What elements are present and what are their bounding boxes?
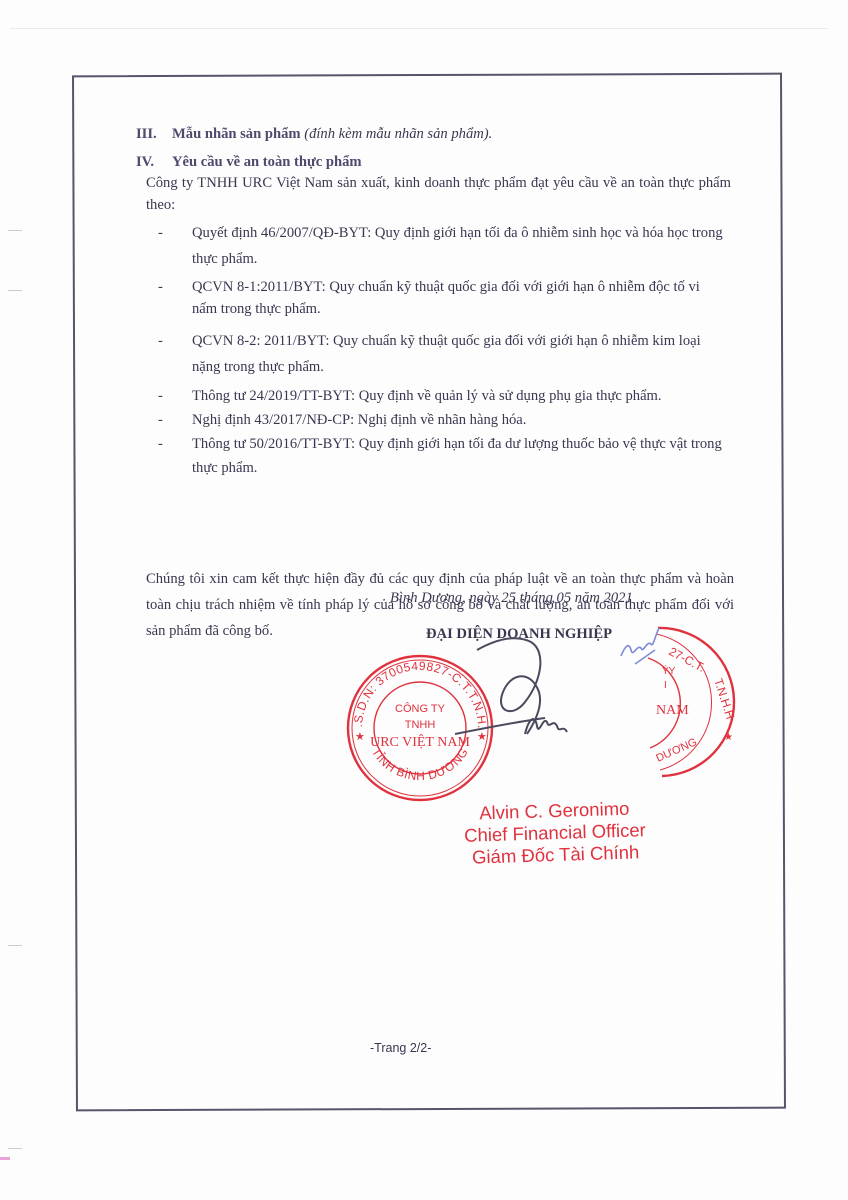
- stamp-line1: CÔNG TY: [395, 702, 446, 715]
- section-title: Yêu cầu về an toàn thực phẩm: [172, 154, 362, 170]
- regulation-text: Quyết định 46/2007/QĐ-BYT: Quy định giới…: [192, 225, 723, 267]
- regulation-text: QCVN 8-2: 2011/BYT: Quy chuẩn kỹ thuật q…: [192, 333, 701, 375]
- scan-edge-mark: [8, 230, 22, 231]
- place-date: Bình Dương, ngày 25 tháng 05 năm 2021: [390, 590, 633, 607]
- scan-edge-mark: [8, 290, 22, 291]
- regulation-item: - QCVN 8-2: 2011/BYT: Quy chuẩn kỹ thuật…: [158, 328, 728, 380]
- bullet-dash: -: [158, 432, 163, 456]
- scan-edge-mark: [0, 1157, 10, 1160]
- section-title: Mẫu nhãn sản phẩm: [172, 126, 301, 142]
- regulation-item: - Quyết định 46/2007/QĐ-BYT: Quy định gi…: [158, 220, 728, 272]
- section-note: (đính kèm mẫu nhãn sản phẩm).: [304, 126, 492, 142]
- stamp-line2: TNHH: [405, 719, 436, 731]
- regulation-item: - Thông tư 24/2019/TT-BYT: Quy định về q…: [158, 384, 728, 408]
- stamp-star-icon: ★: [355, 731, 365, 743]
- initials-mark: [615, 620, 665, 670]
- scan-edge-mark: [8, 1148, 22, 1149]
- svg-text:★: ★: [724, 732, 733, 743]
- signer-block: Alvin C. Geronimo Chief Financial Office…: [439, 796, 671, 869]
- bullet-dash: -: [158, 328, 163, 354]
- section-iv-intro: Công ty TNHH URC Việt Nam sản xuất, kinh…: [146, 172, 731, 216]
- regulation-text: Thông tư 24/2019/TT-BYT: Quy định về quả…: [192, 388, 662, 404]
- scan-edge-mark: [8, 945, 22, 946]
- regulation-text: Nghị định 43/2017/NĐ-CP: Nghị định về nh…: [192, 412, 526, 428]
- page-number: -Trang 2/2-: [370, 1041, 431, 1055]
- bullet-dash: -: [158, 408, 163, 432]
- section-numeral: IV.: [136, 152, 172, 172]
- regulation-list: - Quyết định 46/2007/QĐ-BYT: Quy định gi…: [158, 220, 728, 480]
- handwritten-signature: [455, 622, 605, 762]
- scan-edge-line: [10, 28, 828, 29]
- bullet-dash: -: [158, 220, 163, 246]
- regulation-text: Thông tư 50/2016/TT-BYT: Quy định giới h…: [192, 436, 722, 476]
- regulation-item: - QCVN 8-1:2011/BYT: Quy chuẩn kỹ thuật …: [158, 276, 728, 320]
- svg-text:I: I: [664, 680, 667, 691]
- regulation-item: - Thông tư 50/2016/TT-BYT: Quy định giới…: [158, 432, 728, 480]
- section-numeral: III.: [136, 124, 172, 144]
- regulation-item: - Nghị định 43/2017/NĐ-CP: Nghị định về …: [158, 408, 728, 432]
- section-iv-heading: IV.Yêu cầu về an toàn thực phẩm: [136, 152, 362, 172]
- regulation-text: QCVN 8-1:2011/BYT: Quy chuẩn kỹ thuật qu…: [192, 279, 700, 317]
- section-iii-heading: III.Mẫu nhãn sản phẩm (đính kèm mẫu nhãn…: [136, 124, 492, 144]
- bullet-dash: -: [158, 276, 163, 298]
- bullet-dash: -: [158, 384, 163, 408]
- svg-text:NAM: NAM: [656, 703, 689, 718]
